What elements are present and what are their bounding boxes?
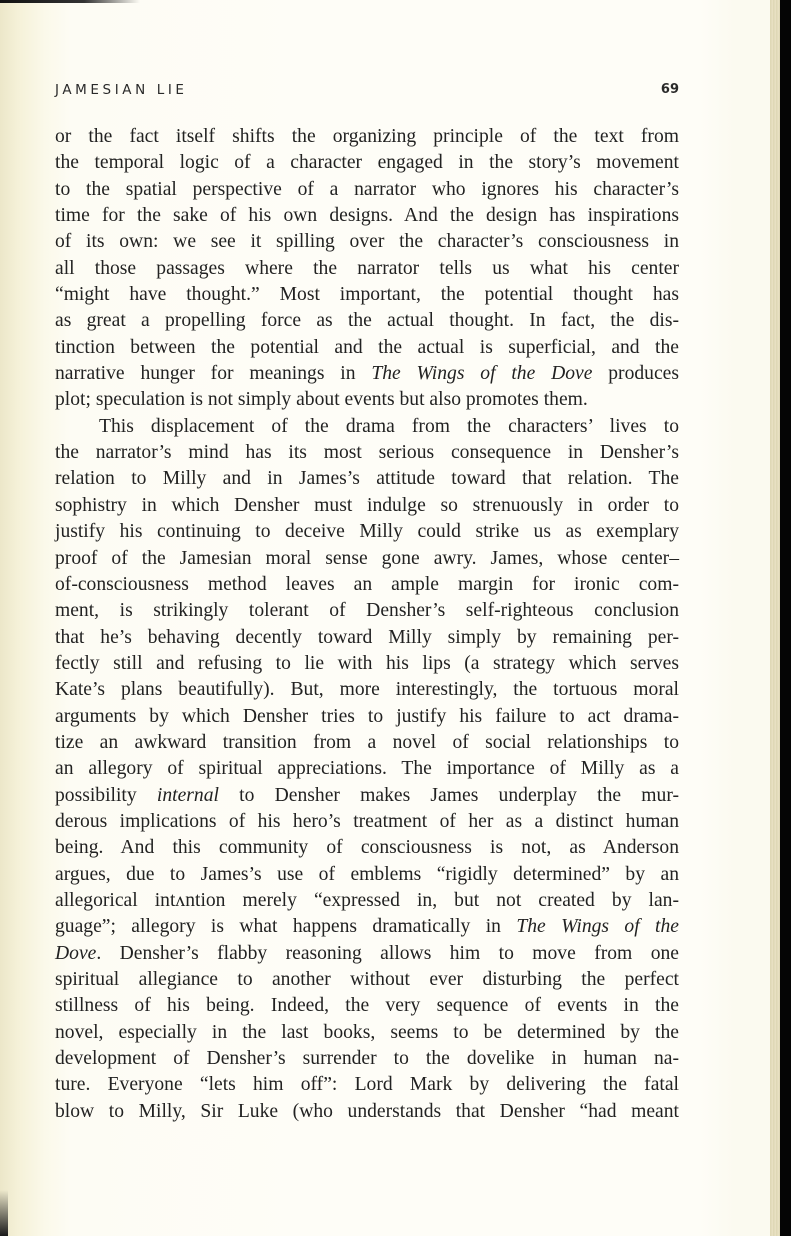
text-line: justify his continuing to deceive Milly … [55, 519, 679, 545]
text-line: possibility internal to Densher makes Ja… [55, 783, 679, 809]
page-edges [770, 0, 780, 1236]
text-line: arguments by which Densher tries to just… [55, 704, 679, 730]
text-line: that he’s behaving decently toward Milly… [55, 625, 679, 651]
text-line: Kate’s plans beautifully). But, more int… [55, 677, 679, 703]
scan-shadow-left [0, 1190, 8, 1236]
scan-shadow-top [0, 0, 140, 3]
text-line: derous implications of his hero’s treatm… [55, 809, 679, 835]
text-line: the narrator’s mind has its most serious… [55, 440, 679, 466]
text-line: ture. Everyone “lets him off”: Lord Mark… [55, 1072, 679, 1098]
text-line: guage”; allegory is what happens dramati… [55, 914, 679, 940]
text-line: the temporal logic of a character engage… [55, 150, 679, 176]
text-line: of its own: we see it spilling over the … [55, 229, 679, 255]
text-line: “might have thought.” Most important, th… [55, 282, 679, 308]
text-line: of-consciousness method leaves an ample … [55, 572, 679, 598]
italic-title: Dove [55, 943, 96, 964]
text-line: relation to Milly and in James’s attitud… [55, 466, 679, 492]
text-line: as great a propelling force as the actua… [55, 308, 679, 334]
running-head: JAMESIAN LIE 69 [55, 82, 679, 102]
running-title: JAMESIAN LIE [55, 82, 188, 98]
body-text: or the fact itself shifts the organizing… [55, 124, 679, 1125]
italic-title: The Wings of the Dove [371, 363, 592, 384]
text-line: tize an awkward transition from a novel … [55, 730, 679, 756]
text-line: narrative hunger for meanings in The Win… [55, 361, 679, 387]
text-line: ment, is strikingly tolerant of Densher’… [55, 598, 679, 624]
text-line: blow to Milly, Sir Luke (who understands… [55, 1099, 679, 1125]
text-line: all those passages where the narrator te… [55, 256, 679, 282]
text-line: sophistry in which Densher must indulge … [55, 493, 679, 519]
book-page: JAMESIAN LIE 69 or the fact itself shift… [0, 0, 791, 1236]
text-line: time for the sake of his own designs. An… [55, 203, 679, 229]
text-line: novel, especially in the last books, see… [55, 1020, 679, 1046]
text-line: stillness of his being. Indeed, the very… [55, 993, 679, 1019]
text-line: spiritual allegiance to another without … [55, 967, 679, 993]
text-line: to the spatial perspective of a narrator… [55, 177, 679, 203]
italic-title: The Wings of the [516, 916, 679, 937]
text-line: allegorical intʌntion merely “expressed … [55, 888, 679, 914]
text-line: development of Densher’s surrender to th… [55, 1046, 679, 1072]
text-line: or the fact itself shifts the organizing… [55, 124, 679, 150]
text-line: argues, due to James’s use of emblems “r… [55, 862, 679, 888]
text-line: This displacement of the drama from the … [55, 414, 679, 440]
text-line: Dove. Densher’s flabby reasoning allows … [55, 941, 679, 967]
text-line: proof of the Jamesian moral sense gone a… [55, 546, 679, 572]
text-line: being. And this community of consciousne… [55, 835, 679, 861]
italic-title: internal [157, 785, 219, 806]
text-line: an allegory of spiritual appreciations. … [55, 756, 679, 782]
text-line: plot; speculation is not simply about ev… [55, 387, 679, 413]
text-line: fectly still and refusing to lie with hi… [55, 651, 679, 677]
text-line: tinction between the potential and the a… [55, 335, 679, 361]
scan-background [780, 0, 791, 1236]
page-number: 69 [661, 82, 679, 97]
